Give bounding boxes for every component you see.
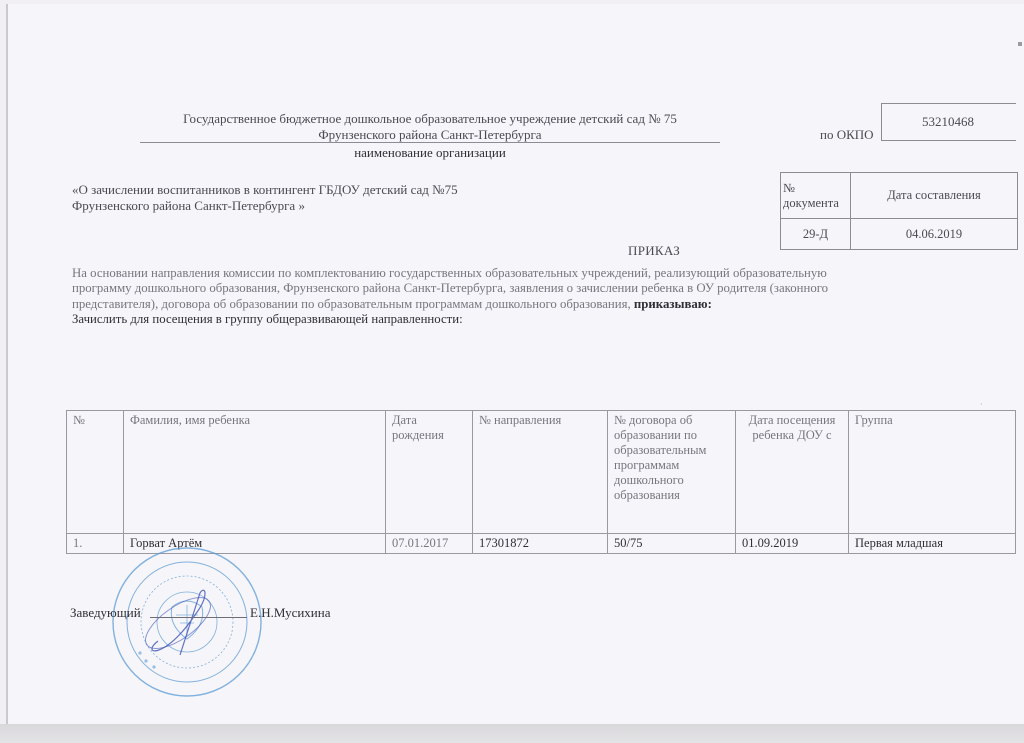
header-referral-no: № направления [473,411,608,534]
okpo-label: по ОКПО [820,127,874,142]
official-stamp-icon [110,545,265,700]
header-contract-no: № договора об образовании по образовател… [608,411,736,534]
doc-date-header: Дата составления [851,173,1018,219]
okpo-value: 53210468 [881,114,1015,129]
organization-name-line1: Государственное бюджетное дошкольное обр… [140,111,720,126]
order-heading: ПРИКАЗ [628,243,680,259]
scan-bottom-edge [0,724,1024,743]
header-number: № [67,411,124,534]
body-line2: программу дошкольного образования, Фрунз… [72,281,828,296]
organization-underline [140,142,720,143]
signatory-name: Е.Н.Мусихина [250,605,330,621]
order-title-line2: Фрунзенского района Санкт-Петербурга » [72,198,305,213]
signature-line [150,617,247,618]
body-line1: На основании направления комиссии по ком… [72,266,827,281]
doc-number-value: 29-Д [781,219,851,250]
body-line3: представителя), договора об образовании … [72,297,712,312]
scan-speck: · [980,400,983,409]
doc-number-header: № документа [781,173,851,219]
doc-date-value: 04.06.2019 [851,219,1018,250]
doc-number-header-line2: документа [783,196,850,211]
cell-referral-no: 17301872 [473,534,608,554]
header-group: Группа [849,411,1016,534]
cell-group: Первая младшая [849,534,1016,554]
header-birth-date: Дата рождения [386,411,473,534]
body-line3-bold: приказываю: [634,297,712,311]
scan-speck-corner [1018,42,1022,46]
table-header-row: № Фамилия, имя ребенка Дата рождения № н… [67,411,1016,534]
body-line3-text: представителя), договора об образовании … [72,297,634,311]
cell-start-date: 01.09.2019 [736,534,849,554]
header-start-date: Дата посещения ребенка ДОУ с [736,411,849,534]
cell-contract-no: 50/75 [608,534,736,554]
enrollment-table: № Фамилия, имя ребенка Дата рождения № н… [66,410,1016,554]
doc-number-header-line1: № [783,181,850,196]
order-title-line1: «О зачислении воспитанников в контингент… [72,182,458,197]
body-line4: Зачислить для посещения в группу общераз… [72,312,463,327]
signatory-title: Заведующий [70,605,141,621]
header-child-name: Фамилия, имя ребенка [124,411,386,534]
document-info-table: № документа Дата составления 29-Д 04.06.… [780,172,1018,250]
organization-name-line2: Фрунзенского района Санкт-Петербурга [140,127,720,142]
cell-birth-date: 07.01.2017 [386,534,473,554]
organization-caption: наименование организации [140,145,720,160]
